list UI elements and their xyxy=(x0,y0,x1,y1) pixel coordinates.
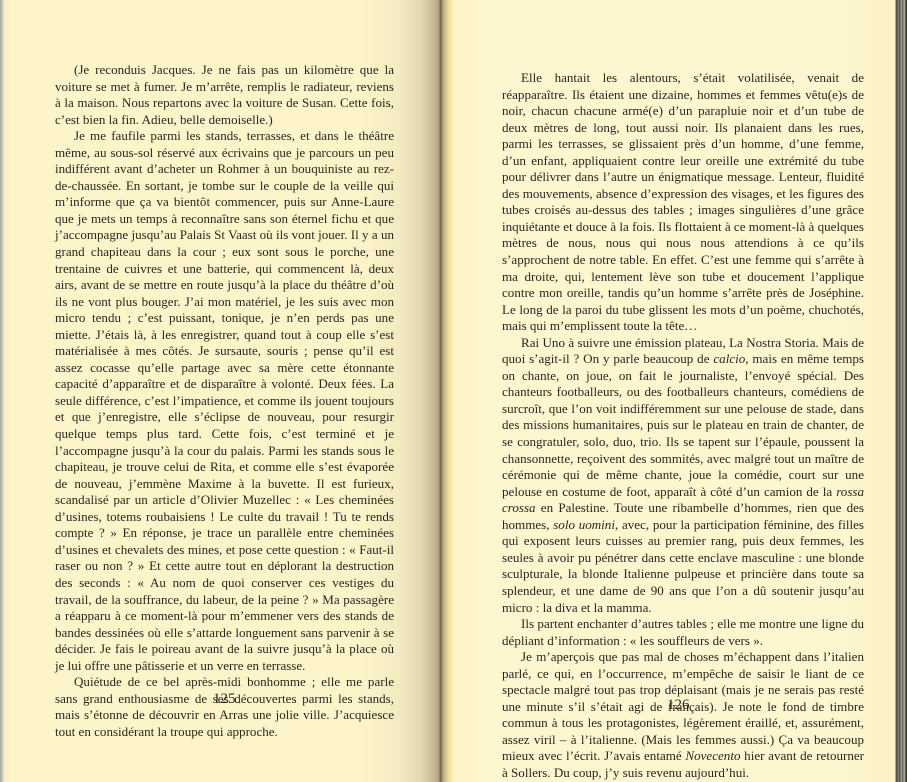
italic-text-run: solo uomini xyxy=(553,517,615,532)
right-page-text: Elle hantait les alentours, s’était vola… xyxy=(502,70,864,782)
paragraph: Ils partent enchanter d’autres tables ; … xyxy=(502,616,864,649)
paragraph: Rai Uno à suivre une émission plateau, L… xyxy=(502,335,864,616)
left-page-text: (Je reconduis Jacques. Je ne fais pas un… xyxy=(55,62,394,740)
paragraph: Elle hantait les alentours, s’était vola… xyxy=(502,70,864,335)
open-book-spread: (Je reconduis Jacques. Je ne fais pas un… xyxy=(0,0,907,782)
paragraph: Je m’aperçois que pas mal de choses m’éc… xyxy=(502,649,864,781)
text-run: , mais en même temps on chante, on joue,… xyxy=(502,351,864,498)
italic-text-run: Novecento xyxy=(685,748,740,763)
paragraph: Je me faufile parmi les stands, terrasse… xyxy=(55,128,394,674)
text-run: Elle hantait les alentours, s’était vola… xyxy=(502,70,864,333)
right-page: Elle hantait les alentours, s’était vola… xyxy=(460,0,907,782)
page-number: 125 xyxy=(213,691,236,708)
italic-text-run: calcio xyxy=(713,351,745,366)
page-number: 126 xyxy=(667,697,690,714)
paragraph: (Je reconduis Jacques. Je ne fais pas un… xyxy=(55,62,394,128)
page-stack-edge xyxy=(895,0,907,782)
book-gutter xyxy=(440,0,460,782)
left-page: (Je reconduis Jacques. Je ne fais pas un… xyxy=(0,0,440,782)
left-page-edge xyxy=(0,0,4,782)
text-run: Ils partent enchanter d’autres tables ; … xyxy=(502,616,864,648)
